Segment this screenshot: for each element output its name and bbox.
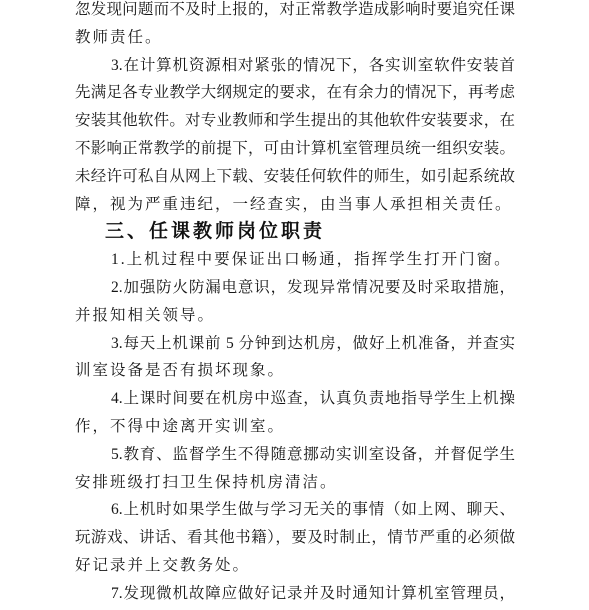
doc-line: 5.教育、监督学生不得随意挪动实训室设备，并督促学生 [75,441,515,469]
section-heading: 三、任课教师岗位职责 [75,218,515,246]
document-text-block: 忽发现问题而不及时上报的，对正常教学造成影响时要追究任课 教师责任。 3.在计算… [75,0,515,608]
doc-line: 玩游戏、讲话、看其他书籍），要及时制止，情节严重的必须做 [75,524,515,552]
doc-line: 作，不得中途离开实训室。 [75,413,515,441]
doc-line: 1.上机过程中要保证出口畅通，指挥学生打开门窗。 [75,246,515,274]
doc-line: 2.加强防火防漏电意识，发现异常情况要及时采取措施， [75,274,515,302]
doc-line: 4.上课时间要在机房中巡查，认真负责地指导学生上机操 [75,385,515,413]
doc-line: 并报知相关领导。 [75,302,515,330]
doc-line: 训室设备是否有损坏现象。 [75,357,515,385]
doc-line: 障，视为严重违纪，一经查实，由当事人承担相关责任。 [75,191,515,219]
doc-line: 3.在计算机资源相对紧张的情况下，各实训室软件安装首 [75,52,515,80]
doc-line: 7.发现微机故障应做好记录并及时通知计算机室管理员， [75,580,515,608]
doc-line: 先满足各专业教学大纲规定的要求，在有余力的情况下，再考虑 [75,79,515,107]
doc-line: 不影响正常教学的前提下，可由计算机室管理员统一组织安装。 [75,135,515,163]
doc-line: 教师责任。 [75,24,515,52]
document-page: 忽发现问题而不及时上报的，对正常教学造成影响时要追究任课 教师责任。 3.在计算… [0,0,589,610]
doc-line: 安装其他软件。对专业教师和学生提出的其他软件安装要求，在 [75,107,515,135]
doc-line: 未经许可私自从网上下载、安装任何软件的师生，如引起系统故 [75,163,515,191]
doc-line: 忽发现问题而不及时上报的，对正常教学造成影响时要追究任课 [75,0,515,24]
doc-line: 安排班级打扫卫生保持机房清洁。 [75,469,515,497]
doc-line: 6.上机时如果学生做与学习无关的事情（如上网、聊天、 [75,496,515,524]
doc-line: 好记录并上交教务处。 [75,552,515,580]
doc-line: 3.每天上机课前 5 分钟到达机房，做好上机准备，并查实 [75,330,515,358]
